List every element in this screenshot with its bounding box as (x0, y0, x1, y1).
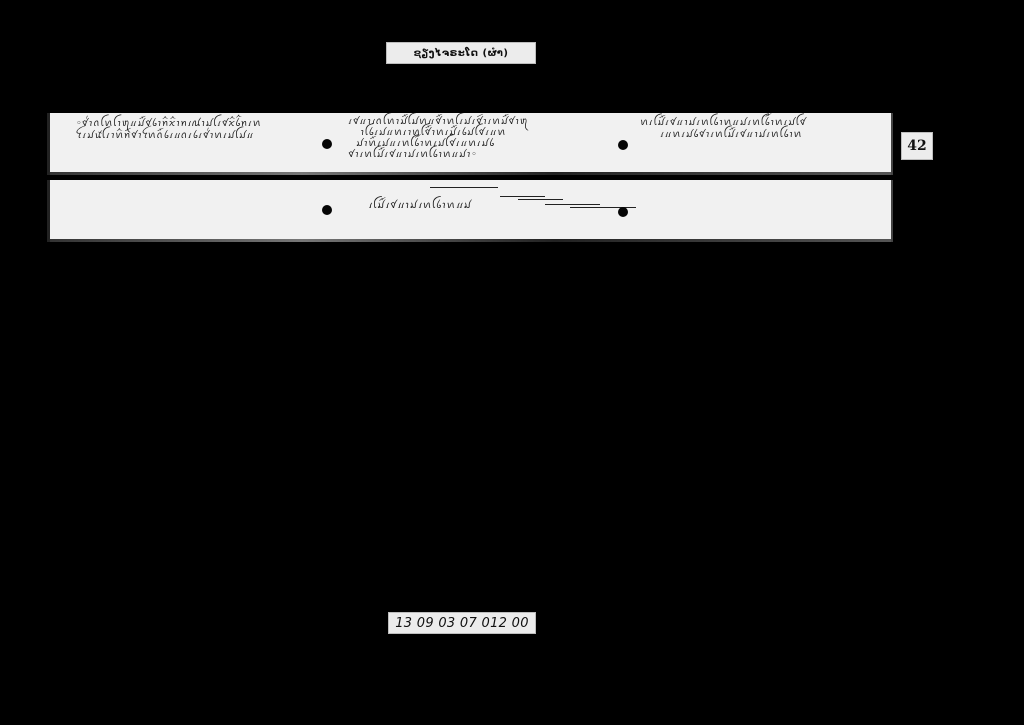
archive-code-label: 13 09 03 07 012 00 (388, 612, 536, 634)
script-line: ꪹꪶꪣꪸꪹꪥꪵꪱꪣꪹꪕꪶꪉꪱꪕꪵꪣ (368, 201, 472, 211)
collection-title-label: ຊຽງໄຈຣະໂດ (ຜຳ) (386, 42, 536, 64)
binding-hole-icon (618, 207, 628, 217)
script-line: ◦ꪥ꪿ꪱꪒꪶꪕꪶꪱꪨꪵꪣꪸꪥꪉꪱꪀꪲꪎꪲꪱꪀꪹꪄꪱꪣꪶꪹꪥꪎꪲꪉꪲꪀꪹꪕ (76, 119, 261, 129)
binding-hole-icon (322, 205, 332, 215)
script-line: ꪣꪱꪕꪸꪹꪣꪵꪹꪕꪶꪉꪸꪱꪕꪹꪣꪶꪥꪹꪵꪕꪹꪣꪉ (356, 139, 494, 149)
palm-leaf-1: ◦ꪥ꪿ꪱꪒꪶꪕꪶꪱꪨꪵꪣꪸꪥꪉꪱꪀꪲꪎꪲꪱꪀꪹꪄꪱꪣꪶꪹꪥꪎꪲꪉꪲꪀꪹꪕ ꪼꪹꪣ… (47, 113, 893, 175)
script-line: ꪕꪹꪶꪣꪸꪹꪥꪵꪱꪣꪹꪕꪶꪉꪱꪕꪵꪣꪹꪕꪶꪉꪸꪱꪕꪹꪣꪶꪥ (640, 118, 806, 128)
decorative-stroke (545, 204, 600, 205)
binding-hole-icon (618, 140, 628, 150)
page-number-label: 42 (901, 132, 933, 160)
binding-hole-icon (322, 139, 332, 149)
script-line: ꪹꪵꪕꪹꪣꪉꪥꪱꪹꪕꪶꪣꪸꪹꪥꪵꪱꪣꪹꪕꪶꪉꪱꪕ (660, 130, 802, 140)
script-line: ꪱꪶꪉꪹꪣꪵꪕꪹꪱꪕꪶꪥꪸꪱꪕꪹꪣꪸꪹꪉꪣꪶꪥꪹꪵꪕ (360, 128, 506, 138)
decorative-stroke (430, 187, 498, 188)
decorative-stroke (518, 199, 563, 200)
palm-leaf-2: ꪹꪶꪣꪸꪹꪥꪵꪱꪣꪹꪕꪶꪉꪱꪕꪵꪣ (47, 180, 893, 242)
script-line: ꪹꪥꪵꪱꪹꪒꪶꪕꪱꪣꪸꪶꪣꪕꪵꪥꪸꪱꪕꪶꪹꪣꪹꪥꪷꪱꪹꪕꪣꪸꪥꪱꪨ (348, 117, 528, 127)
script-line: ꪥꪱꪹꪕꪶꪣꪸꪹꪥꪵꪱꪣꪹꪕꪶꪉꪱꪕꪵꪣꪱ◦ (348, 150, 477, 160)
script-line: ꪼꪹꪣꪽꪶꪹꪱꪕꪲꪀꪸꪥꪱꪼꪕꪒꪸꪉꪹꪵꪒꪹꪉꪹꪥ꪿ꪱꪕꪹꪣꪶꪣꪵ (76, 131, 254, 141)
decorative-stroke (500, 196, 545, 197)
